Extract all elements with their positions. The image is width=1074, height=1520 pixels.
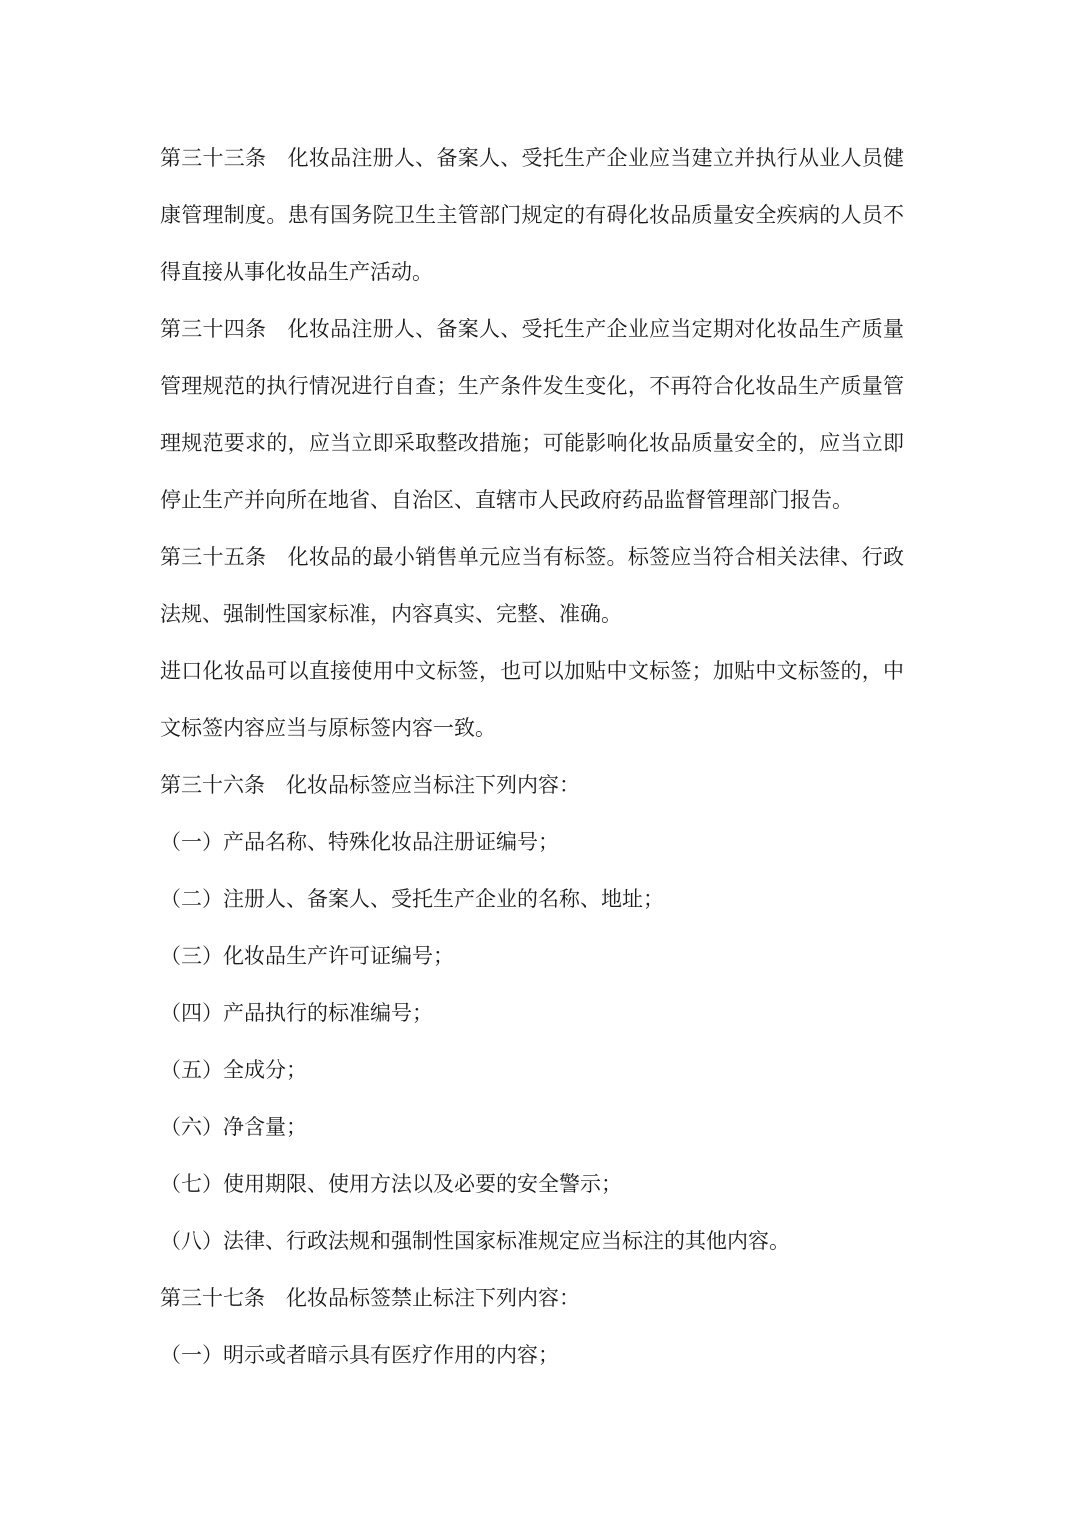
paragraph-article-33: 第三十三条 化妆品注册人、备案人、受托生产企业应当建立并执行从业人员健康管理制度… xyxy=(160,130,904,301)
paragraph-article-35-para-2: 进口化妆品可以直接使用中文标签，也可以加贴中文标签；加贴中文标签的，中文标签内容… xyxy=(160,643,904,757)
document-page: 第三十三条 化妆品注册人、备案人、受托生产企业应当建立并执行从业人员健康管理制度… xyxy=(0,0,1074,1520)
paragraph-article-36-item-2: （二）注册人、备案人、受托生产企业的名称、地址； xyxy=(160,871,904,928)
paragraph-article-37-item-1: （一）明示或者暗示具有医疗作用的内容； xyxy=(160,1327,904,1384)
paragraph-article-34: 第三十四条 化妆品注册人、备案人、受托生产企业应当定期对化妆品生产质量管理规范的… xyxy=(160,301,904,529)
paragraph-article-36-item-3: （三）化妆品生产许可证编号； xyxy=(160,928,904,985)
paragraph-article-36-item-6: （六）净含量； xyxy=(160,1099,904,1156)
paragraph-article-36-item-7: （七）使用期限、使用方法以及必要的安全警示； xyxy=(160,1156,904,1213)
paragraph-article-37-intro: 第三十七条 化妆品标签禁止标注下列内容： xyxy=(160,1270,904,1327)
paragraph-article-36-item-8: （八）法律、行政法规和强制性国家标准规定应当标注的其他内容。 xyxy=(160,1213,904,1270)
paragraph-article-36-intro: 第三十六条 化妆品标签应当标注下列内容： xyxy=(160,757,904,814)
paragraph-article-36-item-4: （四）产品执行的标准编号； xyxy=(160,985,904,1042)
document-text-block: 第三十三条 化妆品注册人、备案人、受托生产企业应当建立并执行从业人员健康管理制度… xyxy=(160,130,904,1384)
paragraph-article-36-item-5: （五）全成分； xyxy=(160,1042,904,1099)
paragraph-article-35-para-1: 第三十五条 化妆品的最小销售单元应当有标签。标签应当符合相关法律、行政法规、强制… xyxy=(160,529,904,643)
paragraph-article-36-item-1: （一）产品名称、特殊化妆品注册证编号； xyxy=(160,814,904,871)
